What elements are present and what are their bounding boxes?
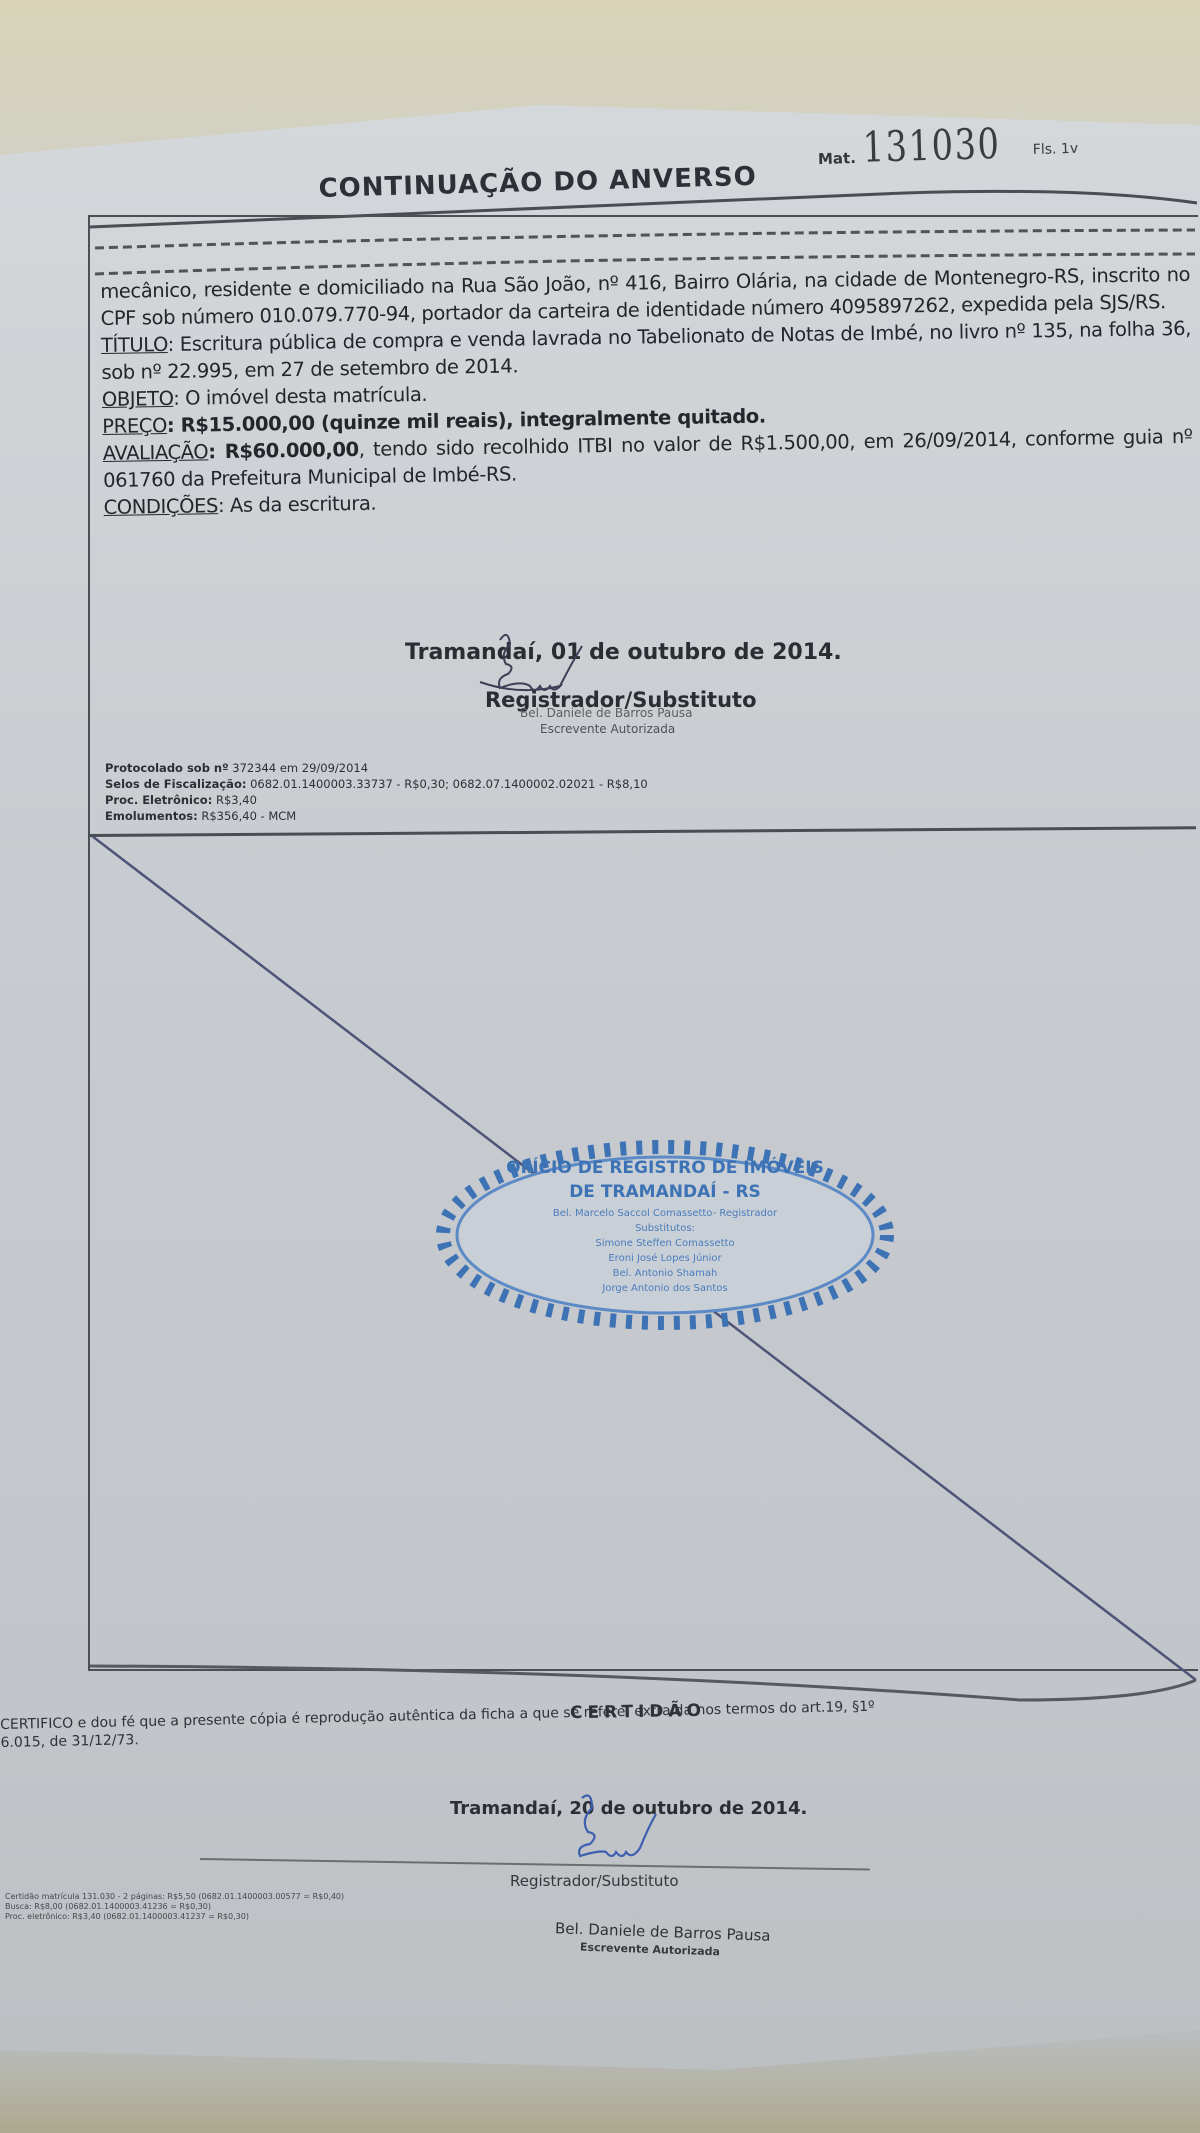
seal-line: Jorge Antonio dos Santos <box>415 1283 915 1294</box>
seal-line: Bel. Antonio Shamah <box>415 1268 915 1279</box>
seal-border-icon <box>415 1120 915 1350</box>
seal-line: Bel. Marcelo Saccol Comassetto- Registra… <box>415 1208 915 1219</box>
seal-line: Substitutos: <box>415 1223 915 1234</box>
certidao-signature-icon <box>560 1790 700 1865</box>
certidao-fees: Certidão matrícula 131.030 - 2 páginas: … <box>5 1892 344 1922</box>
registry-seal-stamp: OFÍCIO DE REGISTRO DE IMÓVEIS DE TRAMAND… <box>415 1120 915 1350</box>
seal-title: OFÍCIO DE REGISTRO DE IMÓVEIS <box>415 1158 915 1178</box>
certidao-role: Registrador/Substituto <box>510 1872 679 1890</box>
seal-line: Eroni José Lopes Júnior <box>415 1253 915 1264</box>
seal-line: Simone Steffen Comassetto <box>415 1238 915 1249</box>
seal-subtitle: DE TRAMANDAÍ - RS <box>415 1182 915 1202</box>
